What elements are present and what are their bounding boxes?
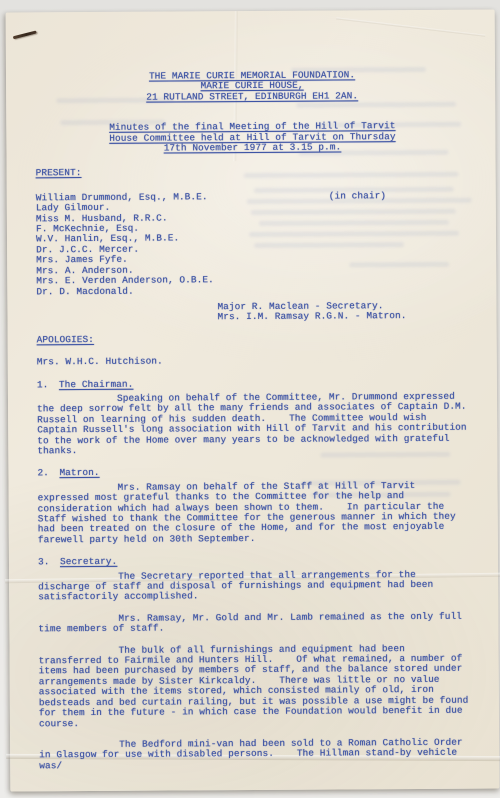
section-chairman: 1. The Chairman. (37, 377, 471, 390)
typed-content: THE MARIE CURIE MEMORIAL FOUNDATION. MAR… (35, 10, 474, 772)
section-paragraph: The Bedford mini-van had been sold to a … (39, 738, 473, 772)
section-paragraph: Mrs. Ramsay on behalf of the Staff at Hi… (38, 480, 472, 545)
section-paragraph: Mrs. Ramsay, Mr. Gold and Mr. Lamb remai… (38, 612, 472, 635)
document-page: THE MARIE CURIE MEMORIAL FOUNDATION. MAR… (6, 10, 500, 792)
apologies-label: APOLOGIES: (37, 332, 471, 345)
section-number: 3. (38, 557, 60, 568)
chair-note: (in chair) (329, 191, 386, 202)
staple-mark (13, 30, 37, 39)
meeting-title-line-3: 17th November 1977 at 3.15 p.m. (35, 142, 469, 155)
official-row: Mrs. I.M. Ramsay R.G.N. - Matron. (217, 311, 470, 323)
attendee-row: Dr. D. Macdonald. (36, 284, 470, 297)
section-heading: The Chairman. (59, 379, 133, 390)
officials-block: Major R. Maclean - Secretary. Mrs. I.M. … (217, 301, 470, 323)
section-matron: 2. Matron. (37, 466, 471, 479)
section-number: 1. (37, 380, 59, 391)
section-paragraph: Speaking on behalf of the Committee, Mr.… (37, 392, 471, 457)
chair-name: William Drummond, Esq., M.B.E. (36, 191, 208, 203)
section-secretary: 3. Secretary. (38, 555, 472, 568)
section-heading: Matron. (59, 468, 99, 479)
apologies-name: Mrs. W.H.C. Hutchison. (37, 355, 471, 368)
section-number: 2. (37, 469, 59, 480)
attendee-list: Lady Gilmour. Miss M. Husband, R.R.C. F.… (36, 201, 471, 297)
section-heading: Secretary. (60, 557, 117, 568)
org-address-line: 21 RUTLAND STREET, EDINBURGH EH1 2AN. (35, 90, 469, 103)
section-paragraph: The bulk of all furnishings and equipmen… (38, 643, 473, 729)
section-paragraph: The Secretary reported that all arrangem… (38, 569, 472, 603)
org-header: THE MARIE CURIE MEMORIAL FOUNDATION. MAR… (35, 70, 469, 104)
meeting-title: Minutes of the final Meeting of the Hill… (35, 121, 469, 155)
present-label: PRESENT: (36, 166, 470, 179)
